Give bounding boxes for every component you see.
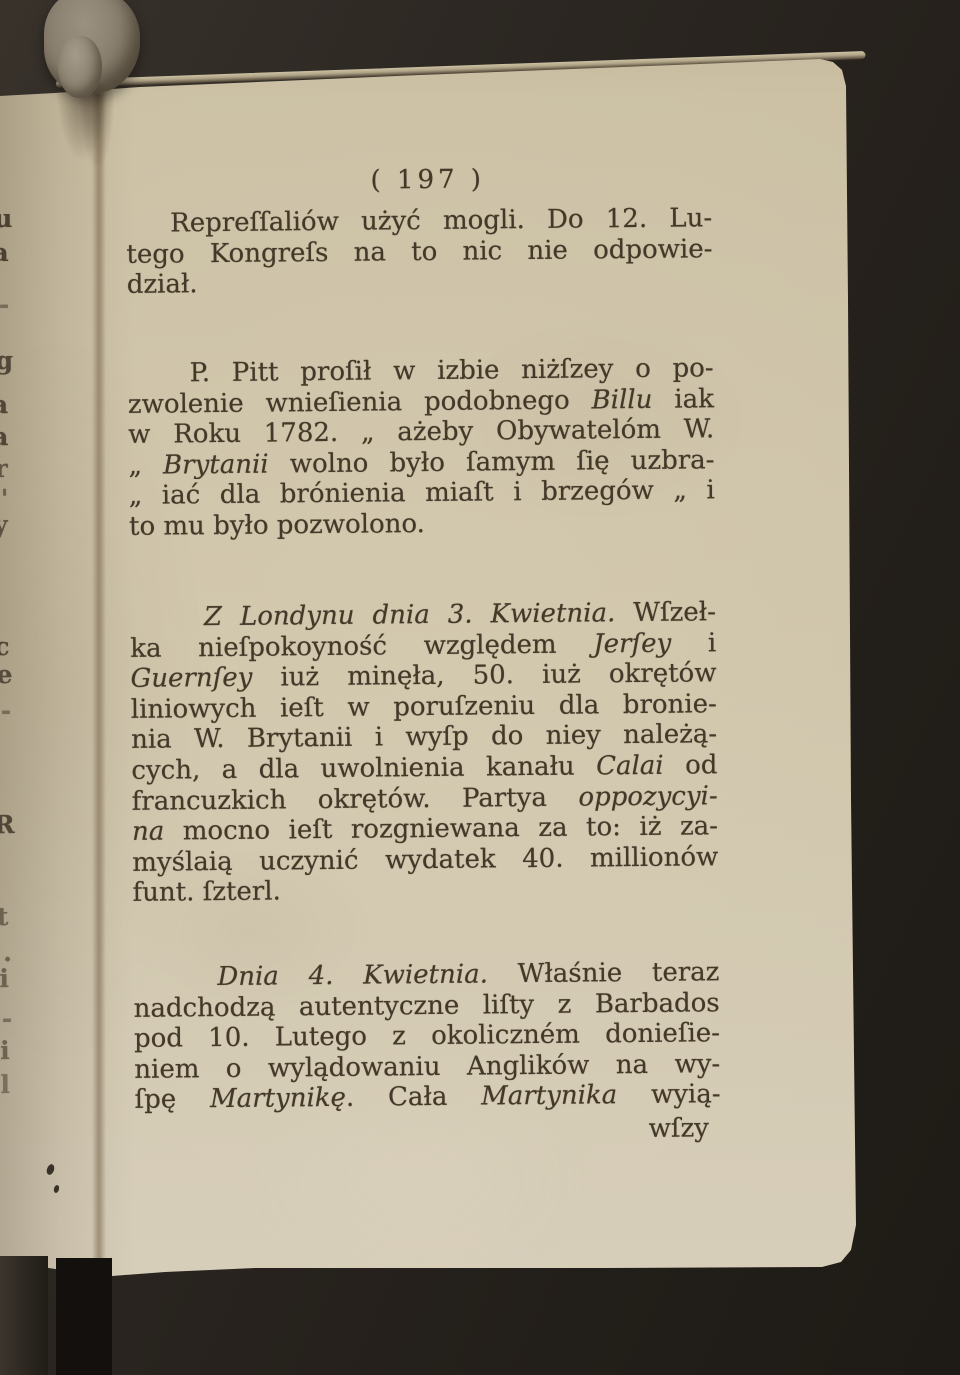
margin-letter-fragment: R <box>0 812 15 837</box>
roman-text: zwolenie wnieſienia podobnego <box>128 385 592 419</box>
text-line: to mu było pozwolono. <box>129 506 715 542</box>
margin-letter-fragment: i <box>0 966 9 991</box>
margin-fragments: ua-gaar'yce-Rt.i-il <box>0 0 954 4</box>
margin-letter-fragment: i <box>0 1038 10 1063</box>
roman-text: to mu było pozwolono. <box>129 509 425 542</box>
roman-text: cych, a dla uwolnienia kanału <box>131 751 596 785</box>
margin-letter-fragment: e <box>0 662 13 687</box>
page-number: ( 197 ) <box>126 162 712 198</box>
italic-text: Dnia 4. Kwietnia. <box>217 959 488 992</box>
roman-text: iak <box>652 384 714 415</box>
roman-text: . Cała <box>346 1082 482 1113</box>
roman-text: Repreſſaliów użyć mogli. Do 12. Lu- <box>170 203 712 238</box>
italic-text: Brytanii <box>163 449 269 480</box>
margin-letter-fragment: a <box>0 424 9 449</box>
roman-text: Właśnie teraz <box>488 957 720 989</box>
margin-letter-fragment: u <box>0 206 12 231</box>
text-line: tego Kongreſs na to nic nie odpowie- <box>126 234 712 270</box>
italic-text: Jerſey <box>593 628 671 659</box>
roman-text: francuzkich okrętów. Partya <box>132 782 579 816</box>
text-line: funt. ſzterl. <box>132 873 718 909</box>
italic-text: Martynika <box>481 1081 617 1112</box>
book-photo: ( 197 ) Repreſſaliów użyć mogli. Do 12. … <box>0 0 960 1375</box>
roman-text: wyią- <box>617 1080 721 1111</box>
text-line: ſpę Martynikę. Cała Martynika wyią- <box>134 1080 720 1116</box>
italic-text: Martynikę <box>210 1083 346 1114</box>
roman-text: „ <box>128 450 163 480</box>
roman-text: mocno ieſt rozgniewana za to: iż za- <box>164 811 718 846</box>
italic-text: Billu <box>591 384 652 415</box>
binding-shadow-left <box>0 1256 48 1375</box>
roman-text: myślaią uczynić wydatek 40. millionów <box>132 842 718 878</box>
margin-letter-fragment: c <box>0 634 10 659</box>
roman-text: funt. ſzterl. <box>132 877 281 908</box>
margin-letter-fragment: l <box>0 1072 10 1097</box>
paragraph: Z Londynu dnia 3. Kwietnia. Wſzeł-ka nie… <box>130 597 719 909</box>
margin-letter-fragment: - <box>2 1006 13 1031</box>
paragraph: P. Pitt proſił w izbie niżſzey o po-zwol… <box>127 353 715 542</box>
roman-text: i <box>671 628 716 658</box>
roman-text: od <box>664 750 718 781</box>
page-holder-clamp-tip <box>58 36 102 98</box>
roman-text: ſpę <box>134 1085 210 1116</box>
margin-letter-fragment: - <box>0 292 9 317</box>
paragraph: Dnia 4. Kwietnia. Właśnie teraznadchodzą… <box>133 957 720 1116</box>
roman-text: nia W. Brytanii i wyſp do niey należą- <box>131 720 717 756</box>
roman-text: dział. <box>127 269 198 300</box>
italic-text: Z Londynu dnia 3. Kwietnia. <box>204 598 616 632</box>
margin-letter-fragment: g <box>0 348 13 373</box>
roman-text: liniowych ieſt w poruſzeniu dla bronie- <box>131 689 717 725</box>
catchword: wſzy <box>135 1113 709 1149</box>
margin-letter-fragment: a <box>0 392 8 417</box>
roman-text: wolno było ſamym ſię uzbra- <box>269 445 715 479</box>
roman-text: niem o wylądowaniu Anglików na wy- <box>134 1049 720 1085</box>
margin-letter-fragment: . <box>3 940 12 965</box>
roman-text: pod 10. Lutego z okoliczném donieſie- <box>134 1018 720 1054</box>
text-line: „ iać dla brónienia miaſt i brzegów „ i <box>129 476 715 512</box>
text-line: myślaią uczynić wydatek 40. millionów <box>132 842 718 878</box>
margin-letter-fragment: ' <box>1 486 9 511</box>
roman-text: w Roku 1782. „ ażeby Obywatelóm W. <box>128 414 714 450</box>
text-block: Repreſſaliów użyć mogli. Do 12. Lu-tego … <box>0 0 954 4</box>
margin-letter-fragment: r <box>0 456 8 481</box>
margin-letter-fragment: y <box>0 512 8 537</box>
page-content: ( 197 ) Repreſſaliów użyć mogli. Do 12. … <box>0 0 960 1375</box>
italic-text: Guernſey <box>130 663 252 694</box>
roman-text: Wſzeł- <box>615 597 716 628</box>
roman-text: tego Kongreſs na to nic nie odpowie- <box>126 234 712 270</box>
text-line: dział. <box>127 264 713 300</box>
roman-text: „ iać dla brónienia miaſt i brzegów „ i <box>129 476 715 512</box>
book-page: ( 197 ) Repreſſaliów użyć mogli. Do 12. … <box>0 0 960 1375</box>
margin-letter-fragment: - <box>1 698 12 723</box>
margin-letter-fragment: a <box>0 240 9 265</box>
italic-text: Calai <box>596 751 664 782</box>
italic-text: oppozycyi- <box>578 781 718 812</box>
roman-text: ka nieſpokoyność względem <box>130 629 593 663</box>
italic-text: na <box>132 817 165 847</box>
roman-text: P. Pitt proſił w izbie niżſzey o po- <box>189 353 713 388</box>
roman-text: iuż minęła, 50. iuż okrętów <box>252 658 716 692</box>
binding-shadow-band <box>56 1258 112 1375</box>
margin-letter-fragment: t <box>0 904 9 929</box>
paragraph: Repreſſaliów użyć mogli. Do 12. Lu-tego … <box>126 203 713 300</box>
